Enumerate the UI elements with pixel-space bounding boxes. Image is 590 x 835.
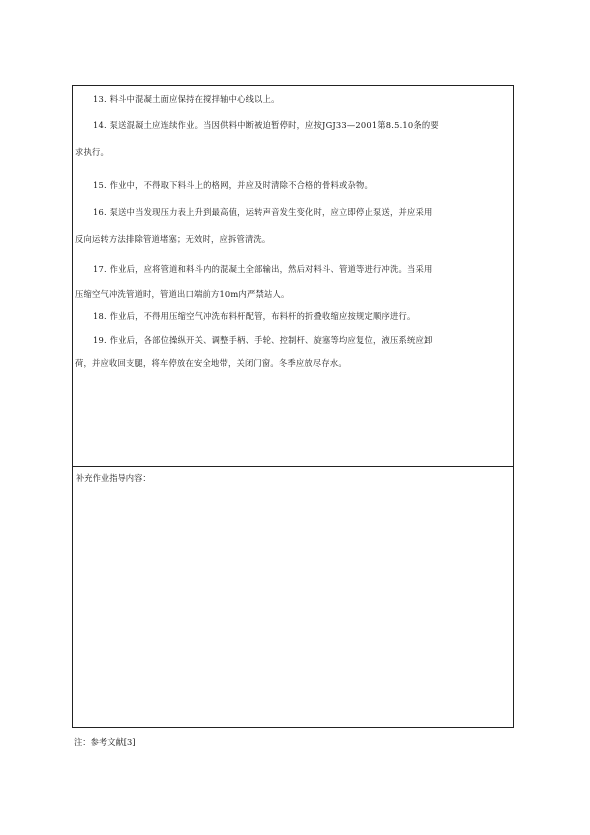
item-14-cont: 求执行。 <box>75 147 505 158</box>
item-14: 14. 泵送混凝土应连续作业。当因供料中断被迫暂停时，应按JGJ33—2001第… <box>73 120 505 131</box>
item-19: 19. 作业后，各部位操纵开关、调整手柄、手轮、控制杆、旋塞等均应复位，液压系统… <box>73 335 505 346</box>
item-16: 16. 泵送中当发现压力表上升到最高值，运转声音发生变化时，应立即停止泵送，并应… <box>73 207 505 218</box>
supplement-label: 补充作业指导内容： <box>76 472 151 484</box>
item-17-cont: 压缩空气冲洗管道时，管道出口端前方10m内严禁站人。 <box>75 289 505 300</box>
item-19-cont: 荷，并应收回支腿，将车停放在安全地带，关闭门窗。冬季应放尽存水。 <box>75 358 505 369</box>
instruction-table: 13. 料斗中混凝土面应保持在搅拌轴中心线以上。 14. 泵送混凝土应连续作业。… <box>72 85 514 728</box>
item-17: 17. 作业后，应将管道和料斗内的混凝土全部输出，然后对料斗、管道等进行冲洗。当… <box>73 264 505 275</box>
item-18: 18. 作业后，不得用压缩空气冲洗布料杆配管，布料杆的折叠收缩应按规定顺序进行。 <box>73 311 505 322</box>
item-16-cont: 反向运转方法排除管道堵塞；无效时，应拆管清洗。 <box>75 234 505 245</box>
reference-note: 注：参考文献[3] <box>74 736 136 748</box>
supplement-cell: 补充作业指导内容： <box>73 466 513 727</box>
item-15: 15. 作业中，不得取下料斗上的格网，并应及时清除不合格的骨料或杂物。 <box>73 180 505 191</box>
item-13: 13. 料斗中混凝土面应保持在搅拌轴中心线以上。 <box>73 94 505 105</box>
instructions-cell: 13. 料斗中混凝土面应保持在搅拌轴中心线以上。 14. 泵送混凝土应连续作业。… <box>73 86 513 467</box>
